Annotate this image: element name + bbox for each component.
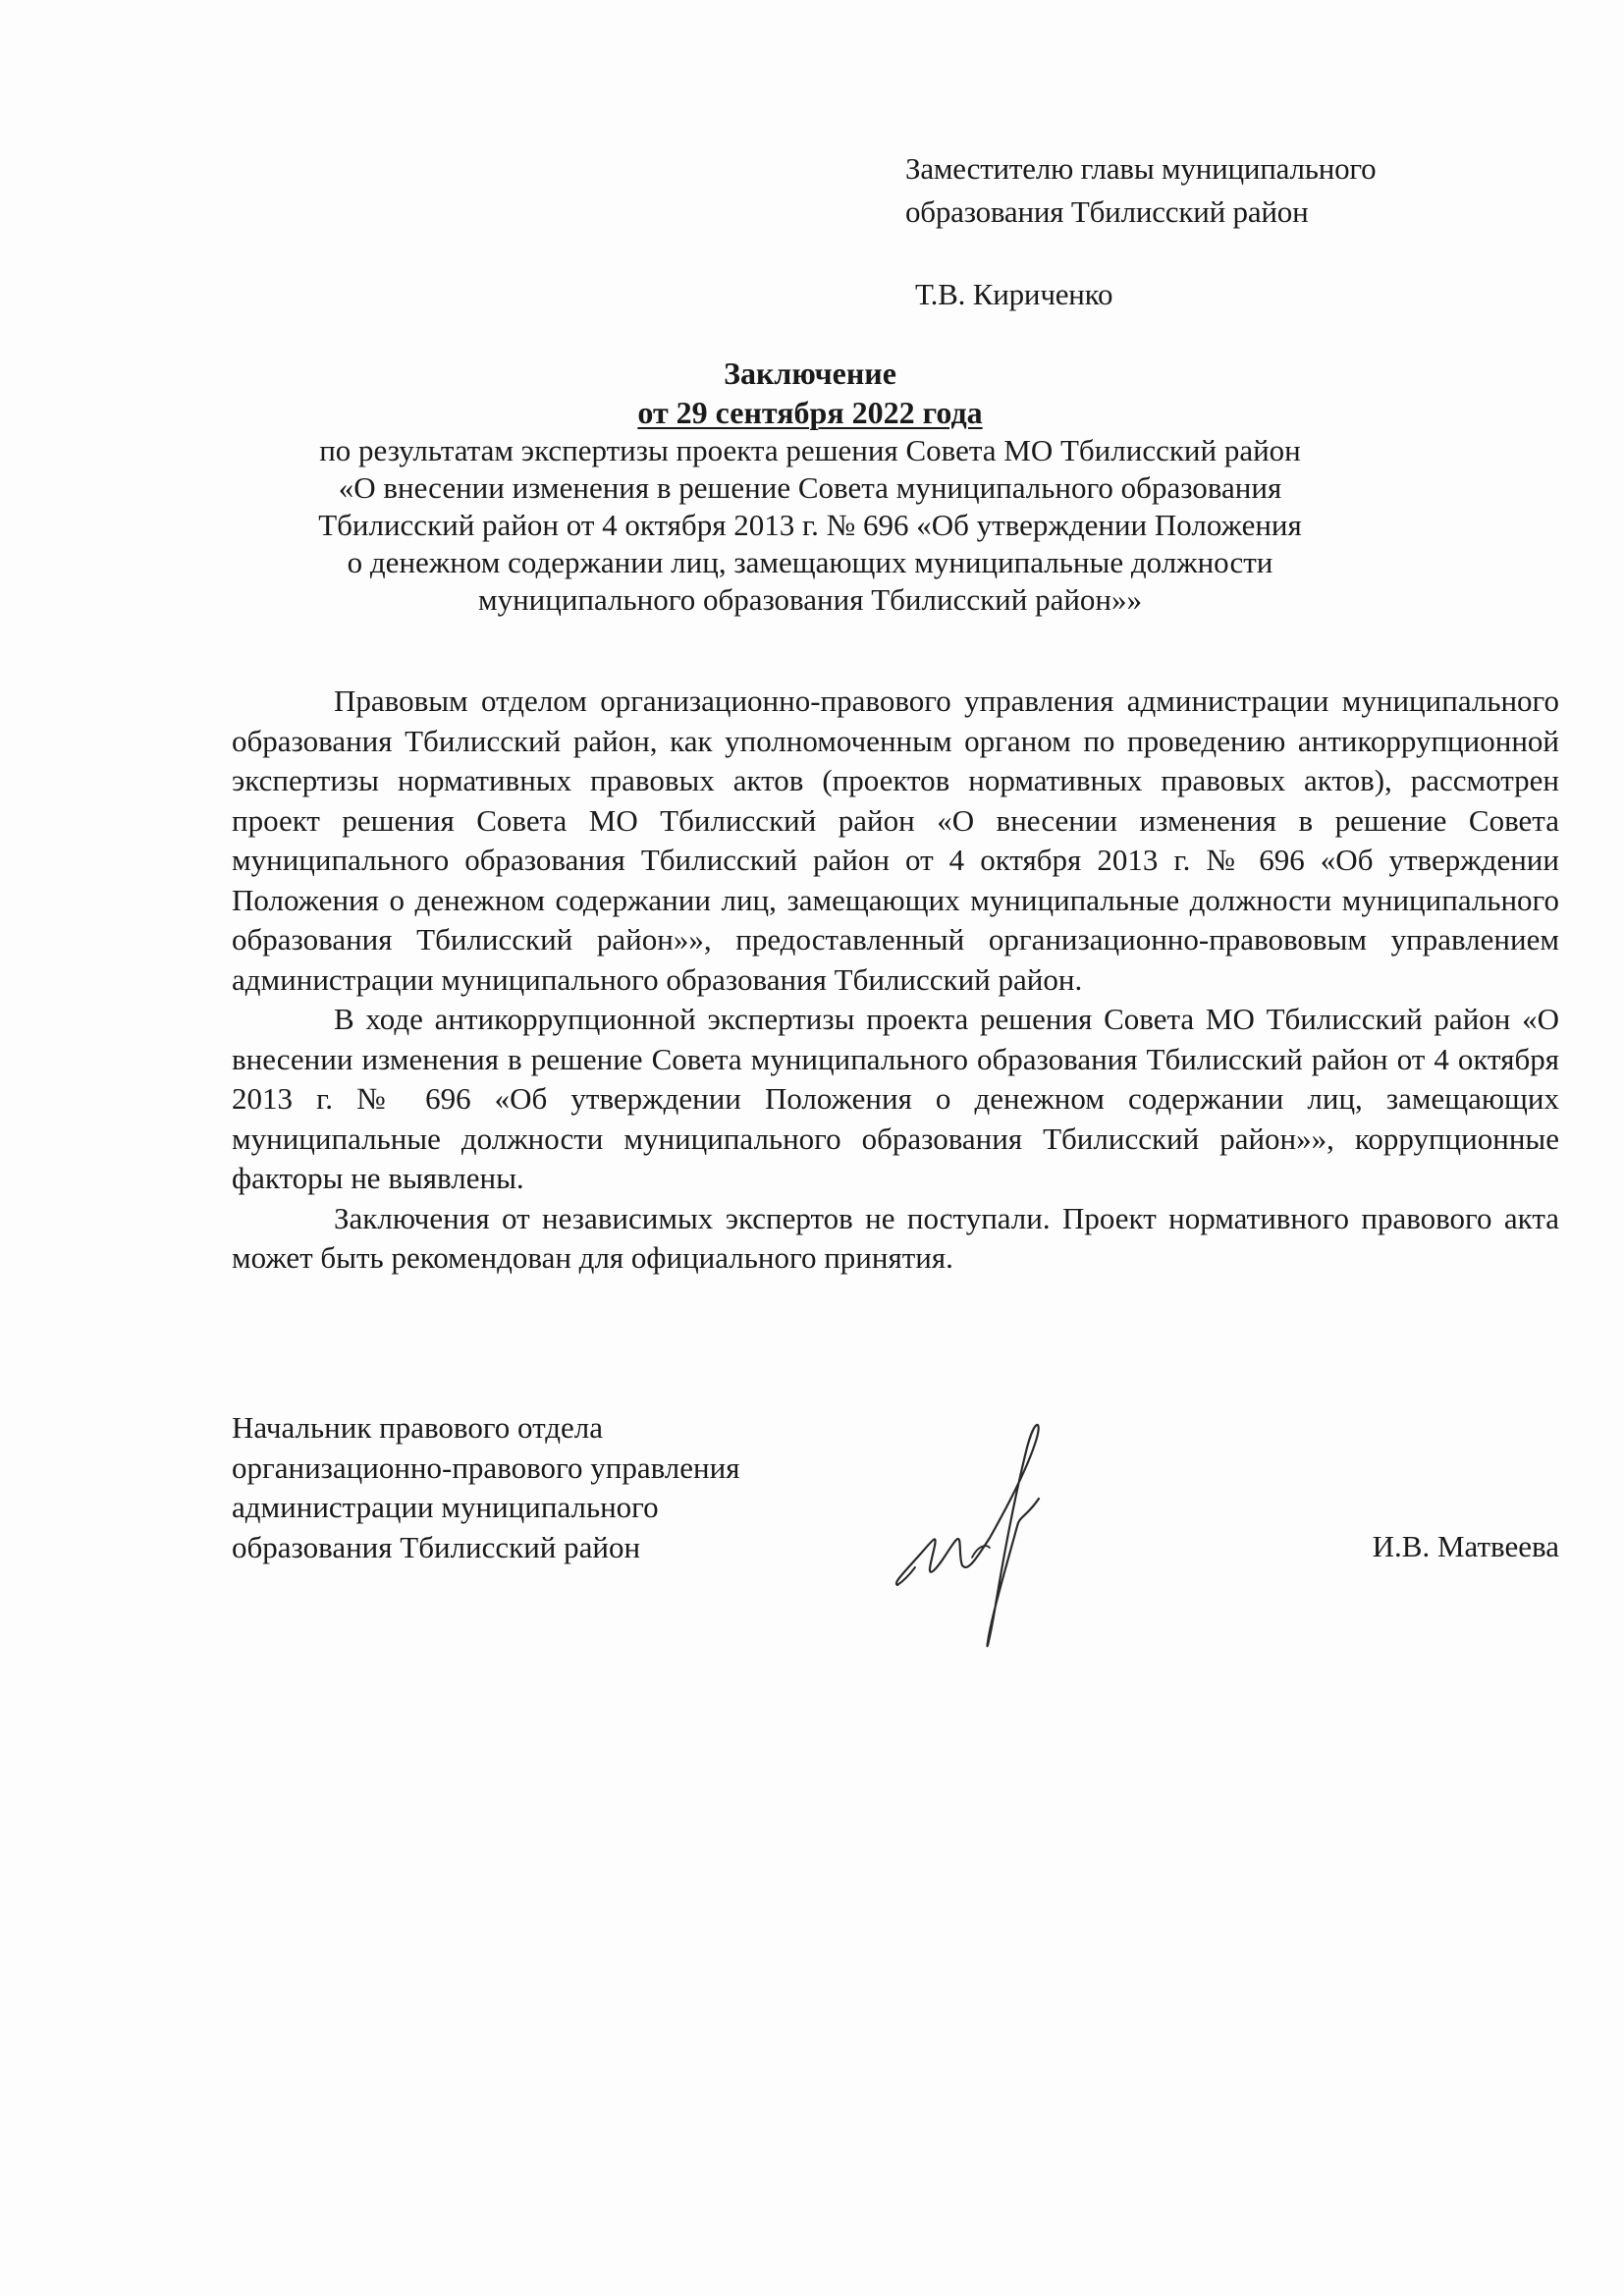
subject-line: о денежном содержании лиц, замещающих му… xyxy=(226,544,1394,581)
document-title: Заключение xyxy=(226,354,1394,393)
addressee-line-2: образования Тбилисский район xyxy=(905,191,1376,234)
addressee-line-1: Заместителю главы муниципального xyxy=(905,147,1376,191)
document-page: Заместителю главы муниципального образов… xyxy=(0,0,1624,2296)
body-paragraph: В ходе антикоррупционной экспертизы прое… xyxy=(232,1000,1559,1199)
position-line: организационно-правового управления xyxy=(232,1449,739,1489)
handwritten-signature-icon xyxy=(880,1408,1115,1664)
body-paragraph: Правовым отделом организационно-правовог… xyxy=(232,682,1559,1000)
signature-block: Начальник правового отдела организационн… xyxy=(232,1408,1559,1664)
body-paragraph: Заключения от независимых экспертов не п… xyxy=(232,1199,1559,1279)
document-date: от 29 сентября 2022 года xyxy=(637,395,982,430)
document-subject: по результатам экспертизы проекта решени… xyxy=(226,432,1394,619)
position-line: образования Тбилисский район xyxy=(232,1528,739,1568)
signer-position: Начальник правового отдела организационн… xyxy=(232,1408,739,1567)
subject-line: по результатам экспертизы проекта решени… xyxy=(226,432,1394,469)
addressee-name: Т.В. Кириченко xyxy=(905,273,1376,316)
document-heading: Заключение от 29 сентября 2022 года по р… xyxy=(226,354,1394,619)
position-line: администрации муниципального xyxy=(232,1488,739,1528)
subject-line: Тбилисский район от 4 октября 2013 г. № … xyxy=(226,507,1394,544)
addressee-block: Заместителю главы муниципального образов… xyxy=(905,147,1376,316)
position-line: Начальник правового отдела xyxy=(232,1408,739,1449)
subject-line: «О внесении изменения в решение Совета м… xyxy=(226,469,1394,507)
signer-name: И.В. Матвеева xyxy=(1373,1527,1559,1567)
document-body: Правовым отделом организационно-правовог… xyxy=(232,682,1559,1279)
subject-line: муниципального образования Тбилисский ра… xyxy=(226,581,1394,619)
